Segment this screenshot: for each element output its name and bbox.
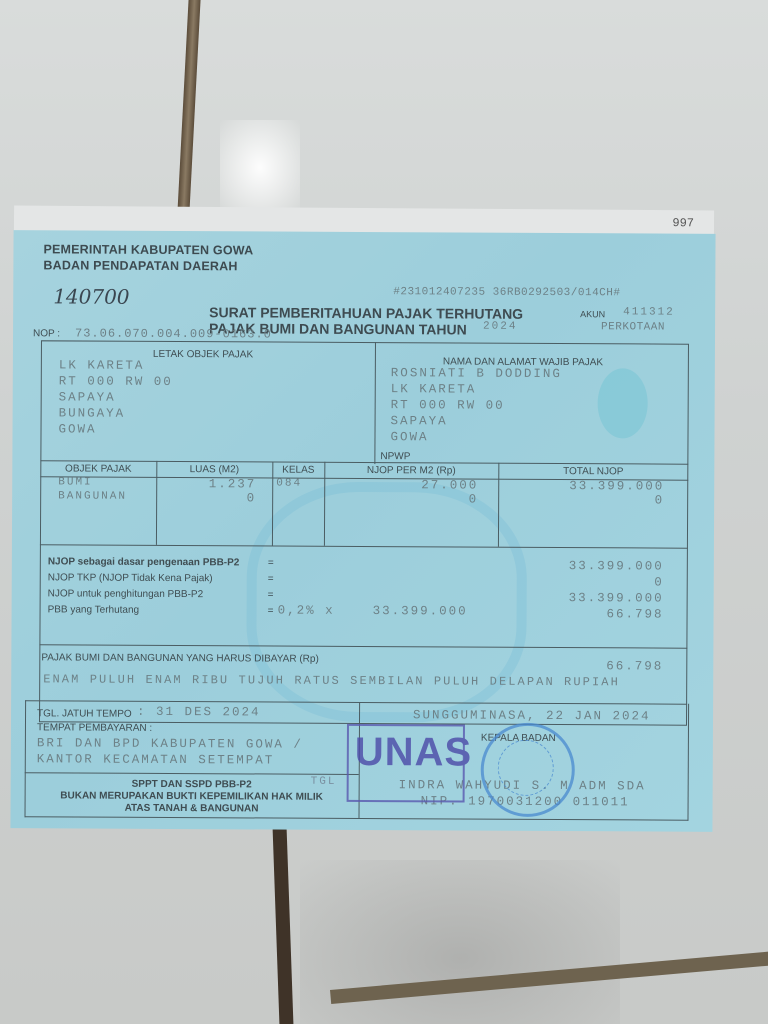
calc-sep: =	[268, 590, 274, 601]
calc-label: NJOP sebagai dasar pengenaan PBB-P2	[48, 556, 240, 568]
letak-objek-heading: LETAK OBJEK PAJAK	[153, 349, 253, 361]
calc-sep: =	[268, 606, 274, 617]
notice-line: ATAS TANAH & BANGUNAN	[25, 802, 359, 815]
npwp-label: NPWP	[380, 451, 410, 462]
official-seal-icon	[481, 723, 575, 817]
col-header-luas: LUAS (M2)	[156, 464, 272, 476]
col-header-objek: OBJEK PAJAK	[40, 463, 156, 475]
payable-value: 66.798	[491, 659, 663, 674]
cell-objek: BUMI	[58, 476, 92, 488]
cell-luas: 1.237	[162, 477, 256, 491]
due-date-value: : 31 DES 2024	[137, 705, 261, 720]
wajib-pajak-line: LK KARETA	[391, 382, 477, 396]
cell-total-njop: 33.399.000	[502, 479, 664, 494]
barcode-text: #231012407235 36RB0292503/014CH#	[393, 286, 620, 299]
calc-formula: 0,2% x 33.399.000	[278, 604, 468, 619]
cell-total-njop: 0	[502, 493, 664, 508]
cell-njop-per-m2: 0	[332, 492, 478, 507]
calc-value: 66.798	[492, 607, 664, 622]
cell-kelas: 084	[276, 478, 302, 490]
payable-in-words: ENAM PULUH ENAM RIBU TUJUH RATUS SEMBILA…	[43, 672, 620, 689]
letak-objek-line: BUNGAYA	[59, 406, 126, 420]
floor-tile-gap	[177, 0, 200, 212]
calc-label: PBB yang Terhutang	[48, 604, 140, 615]
floor-glare	[220, 120, 300, 215]
calc-label: NJOP TKP (NJOP Tidak Kena Pajak)	[48, 572, 213, 584]
notice-line: BUKAN MERUPAKAN BUKTI KEPEMILIKAN HAK MI…	[25, 790, 359, 803]
payment-place-label: TEMPAT PEMBAYARAN :	[37, 722, 152, 734]
document-title-line-1: SURAT PEMBERITAHUAN PAJAK TERHUTANG	[209, 304, 523, 322]
floor-tile-gap	[273, 828, 294, 1024]
cell-objek: BANGUNAN	[58, 490, 127, 502]
nop-label: NOP :	[33, 328, 60, 339]
col-header-total-njop: TOTAL NJOP	[498, 466, 688, 478]
notice-line: SPPT DAN SSPD PBB-P2	[25, 778, 359, 791]
header-line-1: PEMERINTAH KABUPATEN GOWA	[43, 242, 253, 257]
calc-sep: =	[268, 574, 274, 585]
handwritten-note: 140700	[53, 284, 129, 308]
calc-sep: =	[268, 558, 274, 569]
calc-value: 0	[492, 575, 664, 590]
cell-njop-per-m2: 27.000	[332, 478, 478, 493]
wajib-pajak-line: RT 000 RW 00	[391, 398, 505, 413]
payment-stamp: UNAS	[347, 724, 465, 803]
col-header-kelas: KELAS	[272, 465, 324, 476]
stamp-small-text: TGL	[311, 776, 337, 788]
payable-label: PAJAK BUMI DAN BANGUNAN YANG HARUS DIBAY…	[41, 652, 319, 664]
payment-place-line: BRI DAN BPD KABUPATEN GOWA /	[37, 736, 303, 751]
wajib-pajak-line: GOWA	[390, 430, 428, 444]
calc-value: 33.399.000	[492, 559, 664, 574]
letak-objek-line: GOWA	[58, 422, 96, 436]
header-line-2: BADAN PENDAPATAN DAERAH	[43, 258, 237, 273]
area-category: PERKOTAAN	[601, 321, 665, 333]
issue-city-date: SUNGGUMINASA, 22 JAN 2024	[413, 708, 651, 723]
nop-value: 73.06.070.004.009-0163.0	[75, 326, 272, 341]
wajib-pajak-name: ROSNIATI B DODDING	[391, 366, 562, 381]
tax-document: PEMERINTAH KABUPATEN GOWA BADAN PENDAPAT…	[10, 230, 715, 832]
tax-year: 2024	[483, 321, 517, 333]
col-header-njop-per-m2: NJOP PER M2 (Rp)	[324, 465, 498, 477]
calc-value: 33.399.000	[492, 591, 664, 606]
calc-label: NJOP untuk penghitungan PBB-P2	[48, 588, 204, 600]
akun-label: AKUN	[580, 309, 605, 319]
paper-serial: 997	[672, 216, 694, 230]
due-date-label: TGL. JATUH TEMPO	[37, 708, 132, 719]
akun-value: 411312	[623, 306, 675, 318]
letak-objek-line: RT 000 RW 00	[59, 374, 173, 389]
cell-luas: 0	[162, 491, 256, 505]
payment-place-line: KANTOR KECAMATAN SETEMPAT	[37, 752, 275, 767]
letak-objek-line: SAPAYA	[59, 390, 116, 404]
stamp-text: UNAS	[355, 730, 473, 776]
wajib-pajak-line: SAPAYA	[391, 414, 448, 428]
letak-objek-line: LK KARETA	[59, 358, 145, 372]
